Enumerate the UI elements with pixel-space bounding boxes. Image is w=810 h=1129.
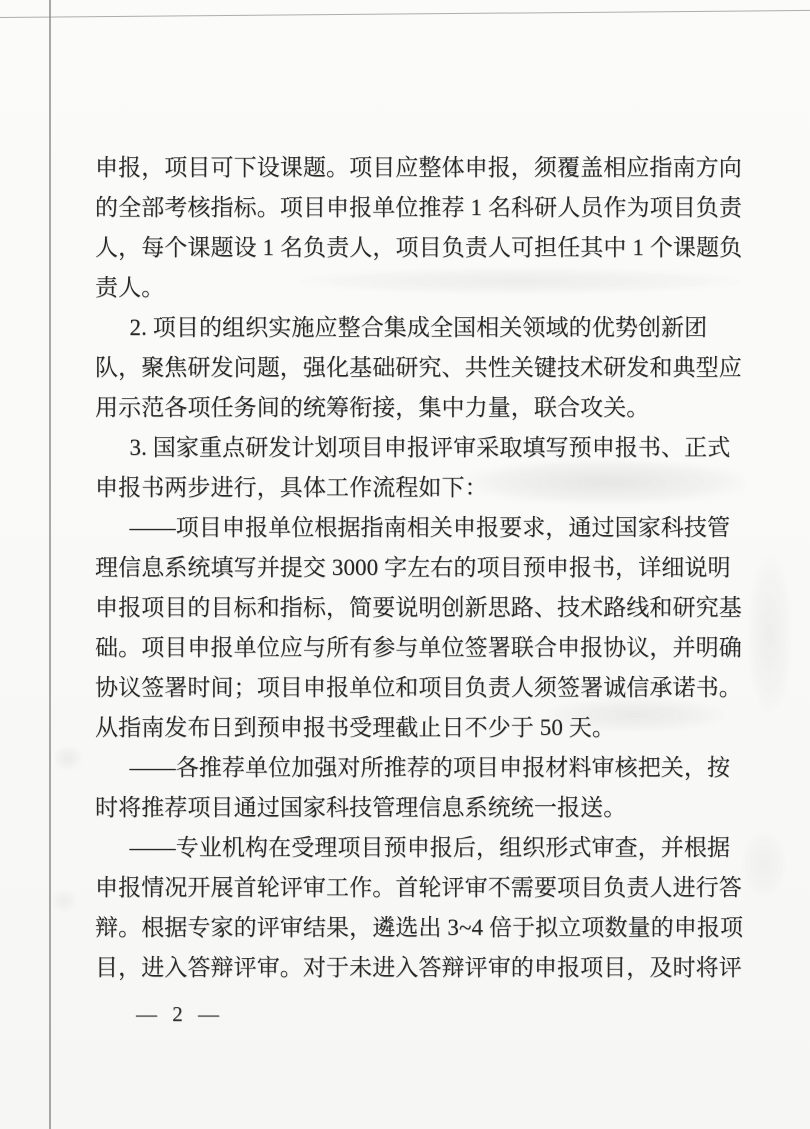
scan-smudge (748, 555, 792, 715)
text-line: 申报书两步进行，具体工作流程如下： (95, 468, 743, 508)
document-page: 申报，项目可下设课题。项目应整体申报，须覆盖相应指南方向 的全部考核指标。项目申… (0, 0, 810, 1129)
text-line: 从指南发布日到预申报书受理截止日不少于 50 天。 (95, 708, 743, 748)
document-body: 申报，项目可下设课题。项目应整体申报，须覆盖相应指南方向 的全部考核指标。项目申… (95, 148, 743, 988)
scan-smudge (52, 890, 76, 912)
scan-edge-horizontal-rule (0, 10, 810, 18)
page-number: — 2 — (136, 994, 224, 1034)
scan-smudge (54, 746, 82, 770)
text-line: 2. 项目的组织实施应整合集成全国相关领域的优势创新团 (95, 308, 743, 348)
text-line: 申报，项目可下设课题。项目应整体申报，须覆盖相应指南方向 (95, 148, 743, 188)
text-line: ——各推荐单位加强对所推荐的项目申报材料审核把关，按 (95, 748, 743, 788)
text-line: 队，聚焦研发问题，强化基础研究、共性关键技术研发和典型应 (95, 348, 743, 388)
text-line: 3. 国家重点研发计划项目申报评审采取填写预申报书、正式 (95, 428, 743, 468)
scan-edge-vertical-rule (49, 0, 51, 1129)
text-line: ——项目申报单位根据指南相关申报要求，通过国家科技管 (95, 508, 743, 548)
text-line: 申报情况开展首轮评审工作。首轮评审不需要项目负责人进行答 (95, 868, 743, 908)
text-line: 的全部考核指标。项目申报单位推荐 1 名科研人员作为项目负责 (95, 188, 743, 228)
text-line: 协议签署时间；项目申报单位和项目负责人须签署诚信承诺书。 (95, 668, 743, 708)
text-line: 理信息系统填写并提交 3000 字左右的项目预申报书，详细说明 (95, 548, 743, 588)
text-line: 责人。 (95, 268, 743, 308)
text-line: ——专业机构在受理项目预申报后，组织形式审查，并根据 (95, 828, 743, 868)
text-line: 目，进入答辩评审。对于未进入答辩评审的申报项目，及时将评 (95, 948, 743, 988)
text-line: 辩。根据专家的评审结果，遴选出 3~4 倍于拟立项数量的申报项 (95, 908, 743, 948)
text-line: 申报项目的目标和指标，简要说明创新思路、技术路线和研究基 (95, 588, 743, 628)
text-line: 用示范各项任务间的统筹衔接，集中力量，联合攻关。 (95, 388, 743, 428)
text-line: 时将推荐项目通过国家科技管理信息系统统一报送。 (95, 788, 743, 828)
scan-smudge (742, 832, 786, 896)
text-line: 础。项目申报单位应与所有参与单位签署联合申报协议，并明确 (95, 628, 743, 668)
text-line: 人，每个课题设 1 名负责人，项目负责人可担任其中 1 个课题负 (95, 228, 743, 268)
